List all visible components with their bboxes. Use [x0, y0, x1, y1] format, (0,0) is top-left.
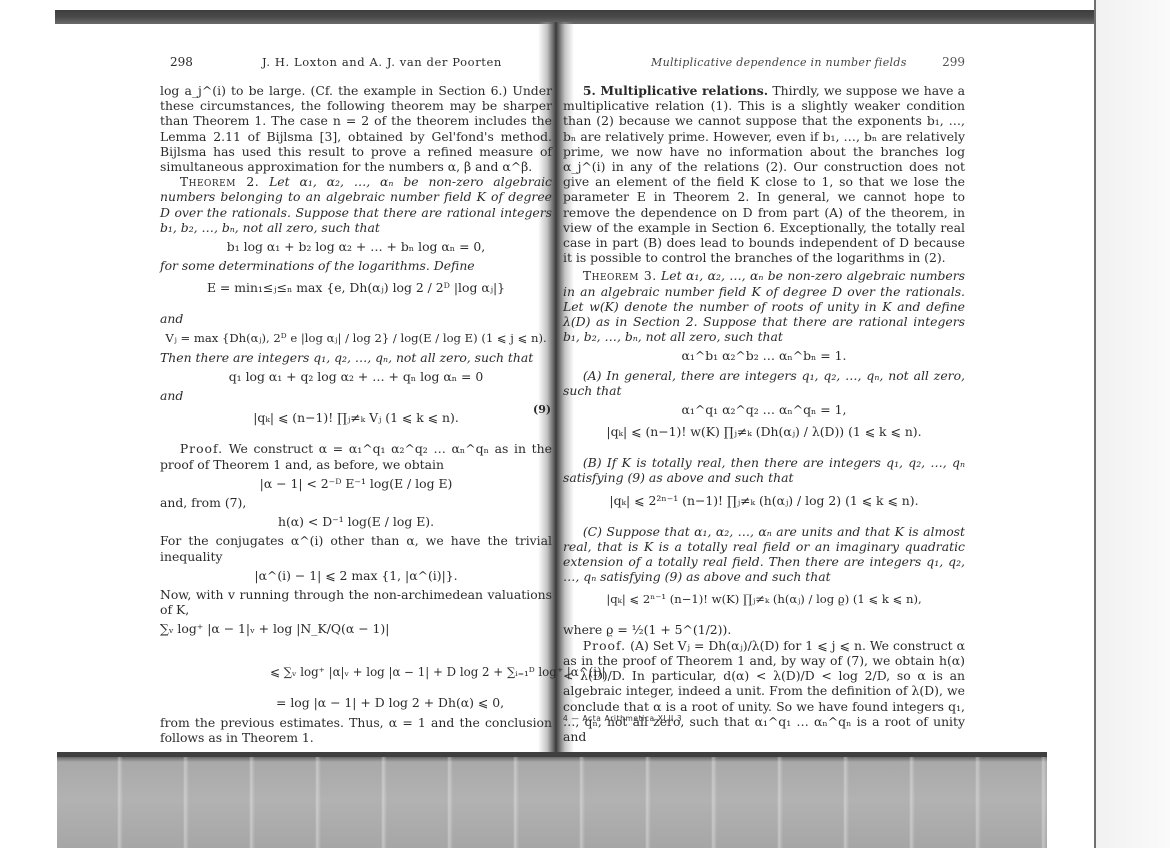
theorem-3-label: Theorem 3.	[583, 268, 657, 283]
proof-text: (A) Set Vⱼ = Dh(αⱼ)/λ(D) for 1 ⩽ j ⩽ n. …	[563, 638, 965, 744]
theorem-2-label: Theorem 2.	[180, 174, 259, 189]
equation-linear-b: b₁ log α₁ + b₂ log α₂ + … + bₙ log αₙ = …	[160, 239, 552, 254]
equation-alpha-minus-1: |α − 1| < 2⁻ᴰ E⁻¹ log(E / log E)	[160, 476, 552, 491]
text-conclusion: from the previous estimates. Thus, α = 1…	[160, 715, 552, 745]
equation-mult-q: (9) α₁^q₁ α₂^q₂ … αₙ^qₙ = 1,	[563, 402, 965, 417]
equation-mult-b: α₁^b₁ α₂^b₂ … αₙ^bₙ = 1.	[563, 348, 965, 363]
scan-top-edge	[55, 10, 1140, 24]
text-then: Then there are integers q₁, q₂, …, qₙ, n…	[160, 350, 552, 365]
proof-label: Proof.	[583, 638, 626, 653]
scan-right-margin	[1096, 0, 1170, 848]
equation-V: Vⱼ = max {Dh(αⱼ), 2ᴰ e |log αⱼ| / log 2}…	[160, 331, 552, 346]
right-running-head: Multiplicative dependence in number fiel…	[563, 55, 965, 77]
text-where-rho: where ϱ = ½(1 + 5^(1/2)).	[563, 622, 965, 637]
text-from-7: and, from (7),	[160, 495, 552, 510]
part-A: (A) In general, there are integers q₁, q…	[563, 368, 965, 398]
page-number: 299	[942, 55, 965, 70]
running-head-authors: J. H. Loxton and A. J. van der Poorten	[262, 55, 502, 70]
equation-qk-bound: |qₖ| ⩽ (n−1)! ∏ⱼ≠ₖ Vⱼ (1 ⩽ k ⩽ n).	[160, 407, 552, 437]
equation-sum-line-3: = log |α − 1| + D log 2 + Dh(α) ⩽ 0,	[276, 695, 552, 710]
running-head-title: Multiplicative dependence in number fiel…	[651, 55, 907, 70]
page-number: 298	[170, 55, 193, 70]
signature-mark: 4 — Acta Arithmetica XLII.3	[563, 714, 682, 723]
section-heading: 5. Multiplicative relations.	[583, 83, 768, 98]
equation-part-B-bound: |qₖ| ⩽ 2²ⁿ⁻¹ (n−1)! ∏ⱼ≠ₖ (h(αⱼ) / log 2)…	[563, 490, 965, 520]
proof-paragraph: Proof. We construct α = α₁^q₁ α₂^q₂ … αₙ…	[160, 441, 552, 471]
equation-part-A-bound: |qₖ| ⩽ (n−1)! w(K) ∏ⱼ≠ₖ (Dh(αⱼ) / λ(D)) …	[563, 421, 965, 451]
intro-paragraph: log a_j^(i) to be large. (Cf. the exampl…	[160, 83, 552, 174]
equation-h-alpha: h(α) < D⁻¹ log(E / log E).	[160, 514, 552, 529]
equation-linear-q: q₁ log α₁ + q₂ log α₂ + … + qₙ log αₙ = …	[160, 369, 552, 384]
word-and: and	[160, 388, 552, 403]
text-conjugates: For the conjugates α^(i) other than α, w…	[160, 533, 552, 563]
section-5: 5. Multiplicative relations. Thirdly, we…	[563, 83, 965, 265]
proof-label: Proof.	[180, 441, 223, 456]
part-B: (B) If K is totally real, then there are…	[563, 455, 965, 485]
equation-conjugate-bound: |α^(i) − 1| ⩽ 2 max {1, |α^(i)|}.	[160, 568, 552, 583]
text-valuations: Now, with v running through the non-arch…	[160, 587, 552, 617]
scan-bottom-background	[57, 752, 1047, 848]
scan-bottom-edge	[57, 752, 1047, 757]
equation-mult-q-text: α₁^q₁ α₂^q₂ … αₙ^qₙ = 1,	[682, 402, 847, 417]
equation-number-9: (9)	[533, 402, 551, 417]
proof-paragraph: Proof. (A) Set Vⱼ = Dh(αⱼ)/λ(D) for 1 ⩽ …	[563, 638, 965, 744]
word-and: and	[160, 311, 552, 326]
equation-sum-line-1: ∑ᵥ log⁺ |α − 1|ᵥ + log |N_K/Q(α − 1)|	[160, 621, 552, 647]
left-running-head: 298 J. H. Loxton and A. J. van der Poort…	[160, 55, 552, 77]
theorem-3: Theorem 3. Let α₁, α₂, …, αₙ be non-zero…	[563, 268, 965, 344]
equation-E: E = min₁≤ⱼ≤ₙ max {e, Dh(αⱼ) log 2 / 2ᴰ |…	[160, 277, 552, 307]
right-page: Multiplicative dependence in number fiel…	[563, 55, 965, 782]
theorem-2: Theorem 2. Let α₁, α₂, …, αₙ be non-zero…	[160, 174, 552, 235]
equation-part-C-bound: |qₖ| ⩽ 2ⁿ⁻¹ (n−1)! w(K) ∏ⱼ≠ₖ (h(αⱼ) / lo…	[563, 588, 965, 618]
section-text: Thirdly, we suppose we have a multiplica…	[563, 83, 965, 265]
part-C: (C) Suppose that α₁, α₂, …, αₙ are units…	[563, 524, 965, 585]
left-page: 298 J. H. Loxton and A. J. van der Poort…	[160, 55, 552, 745]
text-define: for some determinations of the logarithm…	[160, 258, 552, 273]
equation-sum-line-2: ⩽ ∑ᵥ log⁺ |α|ᵥ + log |α − 1| + D log 2 +…	[270, 665, 552, 691]
